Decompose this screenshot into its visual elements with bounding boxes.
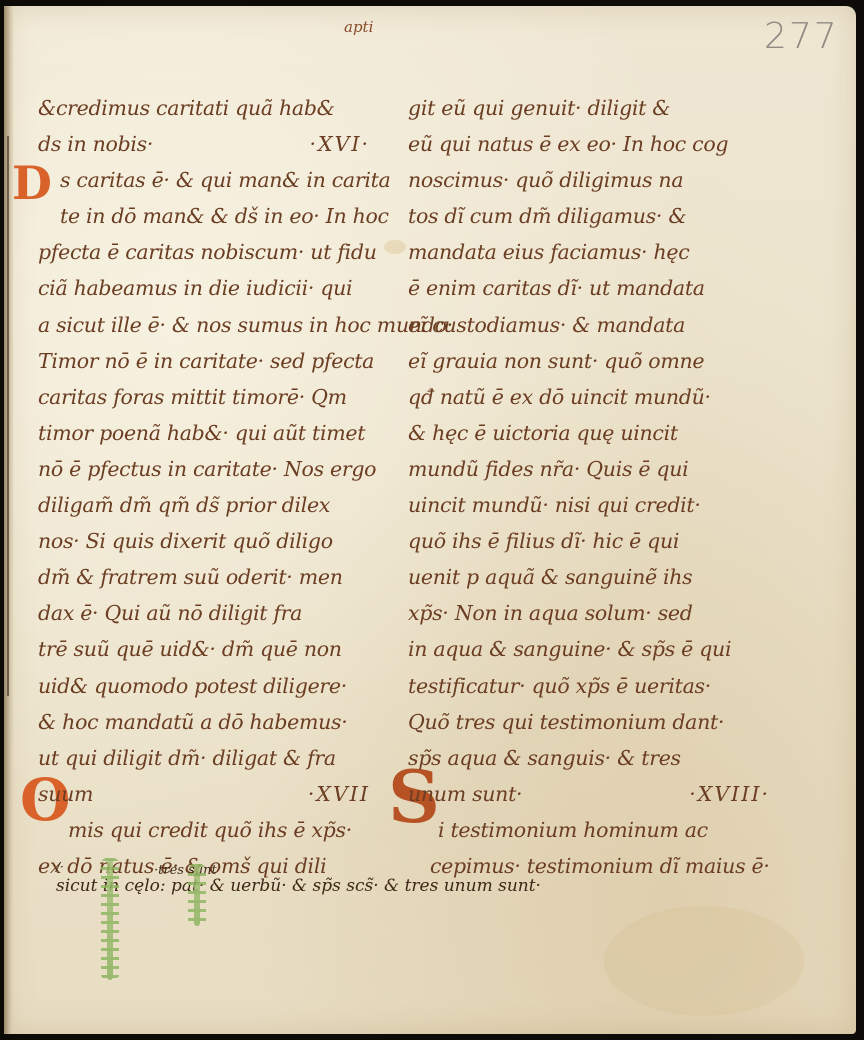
text-line: eũ qui natus ē ex eo· In hoc cog	[408, 126, 788, 162]
text-line: diligam̃ dm̃ qm̃ ds̃ prior dilex	[38, 487, 388, 523]
left-text-column: &credimus caritati quã hab& ds in nobis·…	[38, 90, 388, 884]
text-line: & hoc mandatũ a dō habemus·	[38, 704, 388, 740]
text-line: git eũ qui genuit· diligit &	[408, 90, 788, 126]
text-line: mundũ fides nr̃a· Quis ē qui	[408, 451, 788, 487]
text-line: unum sunt· ·XVIII·	[408, 776, 788, 812]
text-line: Quõ tres qui testimonium dant·	[408, 704, 788, 740]
text-line: dm̃ & fratrem suũ oderit· men	[38, 559, 388, 595]
text-line: in aqua & sanguine· & sp̃s ē qui	[408, 631, 788, 667]
text-line: nō ē pfectus in caritate· Nos ergo	[38, 451, 388, 487]
section-number: ·XVII	[308, 776, 370, 812]
text-line: xp̃s· Non in aqua solum· sed	[408, 595, 788, 631]
text-line: te in dō man& & dš in eo· In hoc	[38, 198, 388, 234]
text-line: testificatur· quõ xp̃s ē ueritas·	[408, 668, 788, 704]
parchment-stain	[604, 906, 804, 1016]
text-line: ut qui diligit dm̃· diligat & fra	[38, 740, 388, 776]
text-line: &credimus caritati quã hab&	[38, 90, 388, 126]
text-line: eĩ grauia non sunt· quõ omne	[408, 343, 788, 379]
text-line: trē suũ quē uid&· dm̃ quē non	[38, 631, 388, 667]
text-line: uenit p aquã & sanguinẽ ihs	[408, 559, 788, 595]
text-line: timor poenã hab&· qui aũt timet	[38, 415, 388, 451]
text-line: ē enim caritas dĩ· ut mandata	[408, 270, 788, 306]
text-line: & hęc ē uictoria quę uincit	[408, 415, 788, 451]
text-line: quõ ihs ē filius dĩ· hic ē qui	[408, 523, 788, 559]
text-line-content: suum	[38, 782, 93, 806]
text-line: pfecta ē caritas nobiscum· ut fidu	[38, 234, 388, 270]
text-line: caritas foras mittit timorē· Qm	[38, 379, 388, 415]
text-line: nos· Si quis dixerit quõ diligo	[38, 523, 388, 559]
text-line: ds in nobis· ·XVI·	[38, 126, 388, 162]
text-line: uincit mundũ· nisi qui credit·	[408, 487, 788, 523]
text-line: qđ natũ ē ex dō uincit mundũ·	[408, 379, 788, 415]
text-line: noscimus· quõ diligimus na	[408, 162, 788, 198]
right-text-column: git eũ qui genuit· diligit & eũ qui natu…	[408, 90, 788, 884]
running-head: apti	[344, 18, 373, 36]
text-line-content: unum sunt·	[408, 782, 522, 806]
pressed-plant-sprig	[194, 864, 200, 926]
text-line: Timor nō ē in caritate· sed pfecta	[38, 343, 388, 379]
marginal-tick-mark: /·	[56, 860, 64, 874]
manuscript-folio: apti 277 D O S &credimus caritati quã ha…	[4, 6, 856, 1034]
text-line: suum ·XVII	[38, 776, 388, 812]
text-line: mis qui credit quõ ihs ē xp̃s·	[38, 812, 388, 848]
pressed-plant-sprig	[107, 858, 113, 980]
section-number: ·XVIII·	[689, 776, 770, 812]
text-line: a sicut ille ē· & nos sumus in hoc mundo…	[38, 307, 388, 343]
text-line: dax ē· Qui aũ nō diligit fra	[38, 595, 388, 631]
text-line: ciã habeamus in die iudicii· qui	[38, 270, 388, 306]
text-line: i testimonium hominum ac	[408, 812, 788, 848]
text-line: tos dĩ cum dm̃ diligamus· &	[408, 198, 788, 234]
left-ruling-line	[7, 136, 9, 696]
text-line: s caritas ē· & qui man& in carita	[38, 162, 388, 198]
text-line: sp̃s aqua & sanguis· & tres	[408, 740, 788, 776]
folio-number: 277	[764, 16, 839, 57]
text-line: uid& quomodo potest diligere·	[38, 668, 388, 704]
text-line: eĩ custodiamus· & mandata	[408, 307, 788, 343]
text-line: mandata eius faciamus· hęc	[408, 234, 788, 270]
marginal-gloss: sicut in cęlo: pat̃· & uerbũ· & sp̃s scs…	[56, 876, 541, 896]
text-line-content: ds in nobis·	[38, 132, 153, 156]
section-number: ·XVI·	[309, 126, 370, 162]
